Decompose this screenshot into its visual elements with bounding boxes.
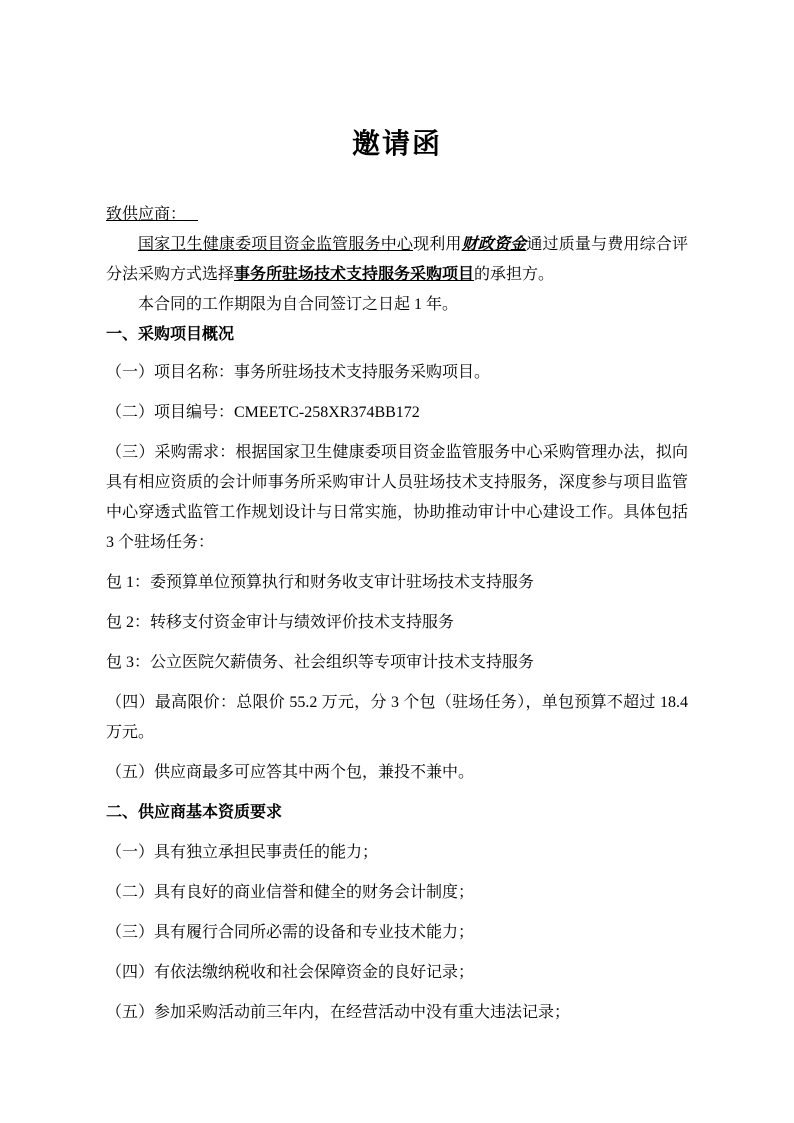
salutation-text: 致供应商： [106, 206, 186, 223]
section1-item-procurement-requirements: （三）采购需求：根据国家卫生健康委项目资金监管服务中心采购管理办法，拟向具有相应… [106, 438, 688, 558]
document-title: 邀请函 [106, 128, 688, 162]
salutation: 致供应商： [106, 200, 688, 230]
section2-item-equipment-capability: （三）具有履行合同所必需的设备和专业技术能力； [106, 918, 688, 948]
section2-heading: 二、供应商基本资质要求 [106, 798, 688, 828]
fiscal-funds-emphasis: 财政资金 [462, 236, 527, 253]
section2-item-civil-liability: （一）具有独立承担民事责任的能力； [106, 838, 688, 868]
project-name-emphasis: 事务所驻场技术支持服务采购项目 [234, 266, 474, 283]
section1-item-package-1: 包 1：委预算单位预算执行和财务收支审计驻场技术支持服务 [106, 568, 688, 598]
section2-item-tax-record: （四）有依法缴纳税收和社会保障资金的良好记录； [106, 958, 688, 988]
center-name-underlined: 国家卫生健康委项目资金监管服务中心 [138, 236, 413, 253]
section1-heading: 一、采购项目概况 [106, 320, 688, 350]
section1-item-price-ceiling: （四）最高限价：总限价 55.2 万元，分 3 个包（驻场任务），单包预算不超过… [106, 688, 688, 748]
intro-plain-3: 的承担方。 [474, 266, 554, 283]
section1-item-package-3: 包 3：公立医院欠薪债务、社会组织等专项审计技术支持服务 [106, 648, 688, 678]
contract-term-paragraph: 本合同的工作期限为自合同签订之日起 1 年。 [106, 290, 688, 320]
section1-item-project-name: （一）项目名称：事务所驻场技术支持服务采购项目。 [106, 358, 688, 388]
document-page: 邀请函 致供应商： 国家卫生健康委项目资金监管服务中心现利用财政资金通过质量与费… [0, 0, 794, 1123]
section1-item-bid-limit: （五）供应商最多可应答其中两个包，兼投不兼中。 [106, 758, 688, 788]
section1-item-package-2: 包 2：转移支付资金审计与绩效评价技术支持服务 [106, 608, 688, 638]
salutation-underline-tail [186, 206, 198, 223]
intro-plain-1: 现利用 [413, 236, 462, 253]
section2-item-no-violation-record: （五）参加采购活动前三年内，在经营活动中没有重大违法记录； [106, 998, 688, 1028]
section1-item-project-number: （二）项目编号：CMEETC-258XR374BB172 [106, 398, 688, 428]
intro-paragraph: 国家卫生健康委项目资金监管服务中心现利用财政资金通过质量与费用综合评分法采购方式… [106, 230, 688, 290]
section2-item-business-reputation: （二）具有良好的商业信誉和健全的财务会计制度； [106, 878, 688, 908]
